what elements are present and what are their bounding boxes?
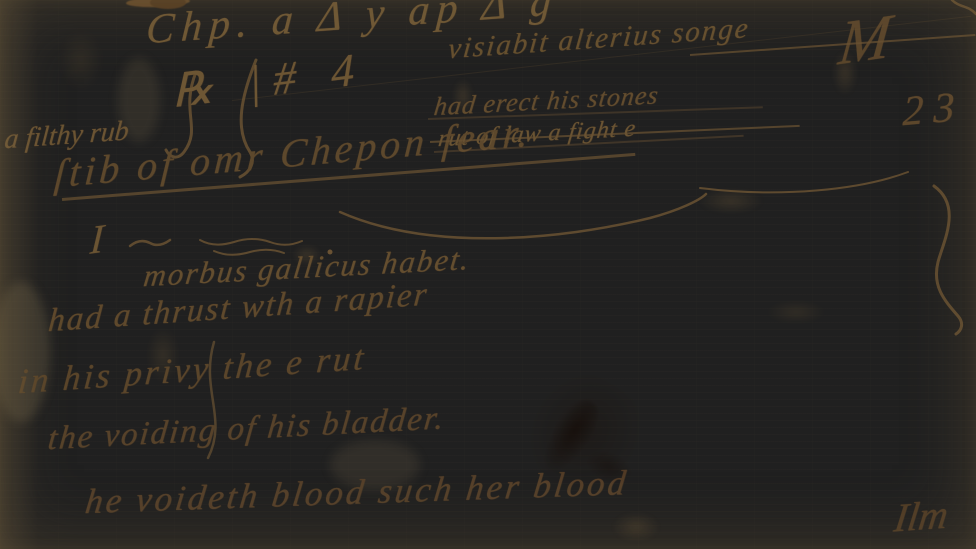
manuscript-line-squiggle: I	[89, 214, 106, 264]
foxing-spot	[58, 28, 104, 92]
corner-stroke	[952, 0, 976, 14]
manuscript-photo: Chp. a Δ y ap Δ g visiabit alterius song…	[0, 0, 976, 549]
margin-number: 23	[902, 83, 965, 137]
foxing-spot	[766, 300, 826, 324]
manuscript-line-rx-mark: ℞ |# 4	[172, 40, 366, 118]
right-margin-brace	[934, 186, 962, 334]
manuscript-line-blood: he voideth blood such her blood	[83, 463, 631, 522]
margin-bottom-fragment: Ilm	[891, 490, 951, 541]
manuscript-line-bladder: the voiding of his bladder.	[46, 400, 447, 458]
foxing-spot	[612, 512, 660, 542]
scrawl-tail-flourish	[700, 172, 908, 192]
manuscript-line-privy: in his privy the e rut	[16, 338, 368, 403]
margin-monogram: M	[835, 1, 894, 81]
squiggle-m-mark	[130, 240, 170, 246]
scrawl-under-sweep	[340, 194, 706, 238]
foxing-spot	[698, 188, 764, 214]
